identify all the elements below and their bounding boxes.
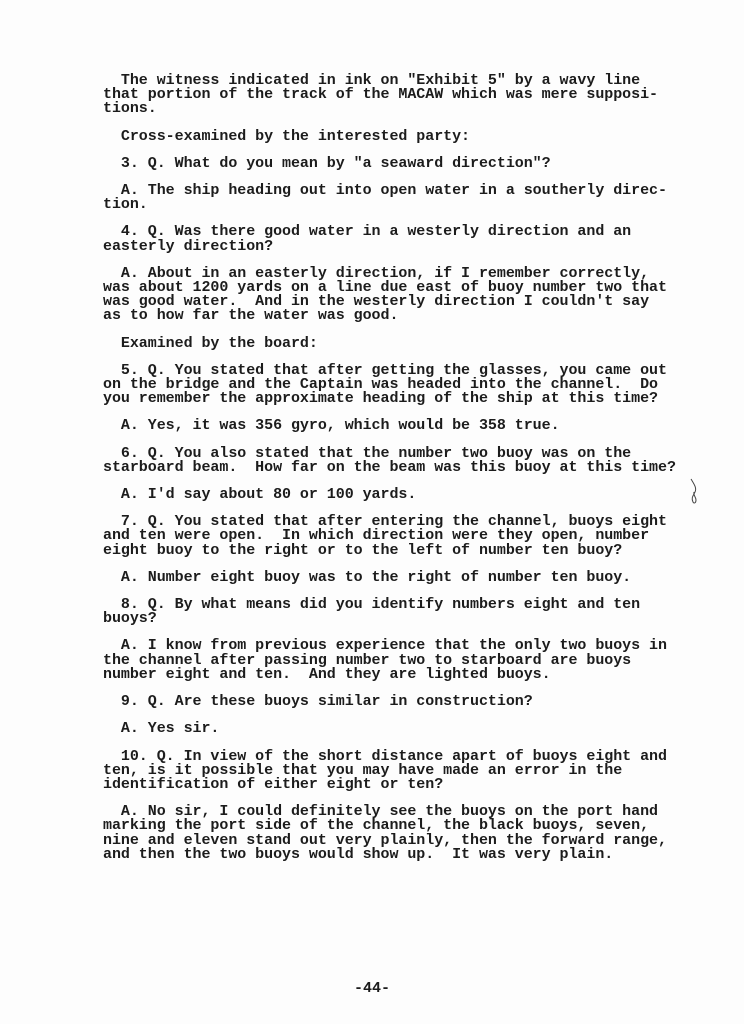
- text-line: tions.: [103, 100, 157, 117]
- text-line: number eight and ten. And they are light…: [103, 666, 551, 683]
- paragraph-q10: 10. Q. In view of the short distance apa…: [103, 750, 703, 793]
- paragraph-p1: The witness indicated in ink on "Exhibit…: [103, 74, 703, 117]
- text-line: A. Number eight buoy was to the right of…: [103, 569, 631, 586]
- paragraph-p2: Cross-examined by the interested party:: [103, 130, 703, 144]
- testimony-text: The witness indicated in ink on "Exhibit…: [103, 74, 703, 875]
- page-number: -44-: [0, 980, 744, 997]
- paragraph-q3: 3. Q. What do you mean by "a seaward dir…: [103, 157, 703, 171]
- text-line: A. Yes sir.: [103, 720, 219, 737]
- paragraph-a8: A. I know from previous experience that …: [103, 639, 703, 682]
- paragraph-a6: A. I'd say about 80 or 100 yards.: [103, 488, 703, 502]
- text-line: 3. Q. What do you mean by "a seaward dir…: [103, 155, 551, 172]
- text-line: Examined by the board:: [103, 335, 318, 352]
- paragraph-p3: Examined by the board:: [103, 337, 703, 351]
- paragraph-a10: A. No sir, I could definitely see the bu…: [103, 805, 703, 862]
- text-line: 9. Q. Are these buoys similar in constru…: [103, 693, 533, 710]
- text-line: A. The ship heading out into open water …: [103, 182, 667, 199]
- text-line: A. Yes, it was 356 gyro, which would be …: [103, 417, 560, 434]
- paragraph-q7: 7. Q. You stated that after entering the…: [103, 515, 703, 558]
- text-line: easterly direction?: [103, 238, 273, 255]
- pencil-bracket-icon: [688, 478, 700, 506]
- text-line: buoys?: [103, 610, 157, 627]
- text-line: that portion of the track of the MACAW w…: [103, 86, 658, 103]
- text-line: 8. Q. By what means did you identify num…: [103, 596, 640, 613]
- paragraph-q8: 8. Q. By what means did you identify num…: [103, 598, 703, 626]
- text-line: identification of either eight or ten?: [103, 776, 443, 793]
- text-line: you remember the approximate heading of …: [103, 390, 658, 407]
- text-line: Cross-examined by the interested party:: [103, 128, 470, 145]
- text-line: eight buoy to the right or to the left o…: [103, 542, 622, 559]
- paragraph-q5: 5. Q. You stated that after getting the …: [103, 364, 703, 407]
- text-line: A. I'd say about 80 or 100 yards.: [103, 486, 416, 503]
- paragraph-a3: A. The ship heading out into open water …: [103, 184, 703, 212]
- paragraph-a9: A. Yes sir.: [103, 722, 703, 736]
- document-page: The witness indicated in ink on "Exhibit…: [0, 0, 744, 1024]
- text-line: tion.: [103, 196, 148, 213]
- text-line: starboard beam. How far on the beam was …: [103, 459, 676, 476]
- paragraph-q9: 9. Q. Are these buoys similar in constru…: [103, 695, 703, 709]
- paragraph-a7: A. Number eight buoy was to the right of…: [103, 571, 703, 585]
- paragraph-a4: A. About in an easterly direction, if I …: [103, 267, 703, 324]
- text-line: and then the two buoys would show up. It…: [103, 846, 613, 863]
- paragraph-q4: 4. Q. Was there good water in a westerly…: [103, 225, 703, 253]
- paragraph-q6: 6. Q. You also stated that the number tw…: [103, 447, 703, 475]
- text-line: as to how far the water was good.: [103, 307, 398, 324]
- paragraph-a5: A. Yes, it was 356 gyro, which would be …: [103, 419, 703, 433]
